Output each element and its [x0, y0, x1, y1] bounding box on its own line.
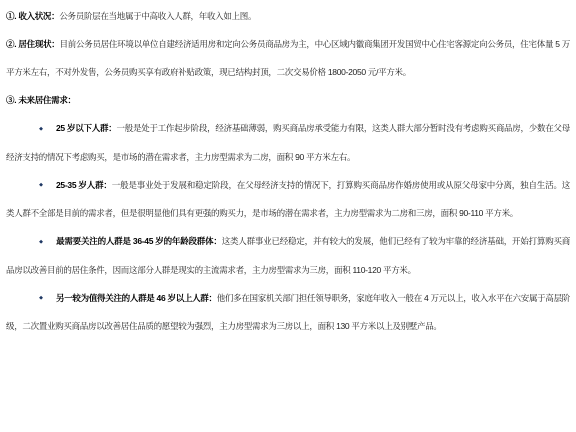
diamond-bullet-icon: ◆: [26, 171, 56, 199]
section-marker: ①.: [6, 11, 16, 21]
bullet-heading: 另一较为值得关注的人群是 46 岁以上人群：: [56, 293, 217, 303]
bullet-heading: 25-35 岁人群：: [56, 180, 112, 190]
section-marker: ②.: [6, 39, 16, 49]
section-income: ①. 收入状况：公务员阶层在当地属于中高收入人群，年收入如上图。: [6, 2, 570, 30]
section-current-housing-heading: ②. 居住现状：: [6, 39, 60, 49]
section-title: 收入状况：: [18, 11, 59, 21]
section-current-housing: ②. 居住现状：目前公务员居住环境以单位自建经济适用房和定向公务员商品房为主，中…: [6, 30, 570, 86]
bullet-item-over-46: ◆另一较为值得关注的人群是 46 岁以上人群：他们多在国家机关部门担任领导职务，…: [6, 284, 570, 341]
section-future-needs: ③. 未来居住需求：: [6, 86, 570, 114]
bullet-item-36-45: ◆最需要关注的人群是 36-45 岁的年龄段群体：这类人群事业已经稳定，并有较大…: [6, 227, 570, 284]
document-page: ①. 收入状况：公务员阶层在当地属于中高收入人群，年收入如上图。 ②. 居住现状…: [0, 0, 576, 432]
diamond-bullet-icon: ◆: [26, 228, 56, 256]
section-body: 公务员阶层在当地属于中高收入人群，年收入如上图。: [59, 11, 256, 21]
section-future-needs-heading: ③. 未来居住需求：: [6, 95, 76, 105]
diamond-bullet-icon: ◆: [26, 115, 56, 143]
bullet-item-25-35: ◆25-35 岁人群：一般是事业处于发展和稳定阶段，在父母经济支持的情况下，打算…: [6, 171, 570, 228]
bullet-item-under-25: ◆25 岁以下人群：一般是处于工作起步阶段，经济基础薄弱，购买商品房承受能力有限…: [6, 114, 570, 171]
section-title: 未来居住需求：: [18, 95, 75, 105]
bullet-heading: 25 岁以下人群：: [56, 123, 116, 133]
section-marker: ③.: [6, 95, 16, 105]
section-title: 居住现状：: [18, 39, 59, 49]
diamond-bullet-icon: ◆: [26, 284, 56, 312]
section-body: 目前公务员居住环境以单位自建经济适用房和定向公务员商品房为主，中心区域内徽商集团…: [6, 39, 570, 77]
section-income-heading: ①. 收入状况：: [6, 11, 59, 21]
bullet-heading: 最需要关注的人群是 36-45 岁的年龄段群体：: [56, 236, 222, 246]
